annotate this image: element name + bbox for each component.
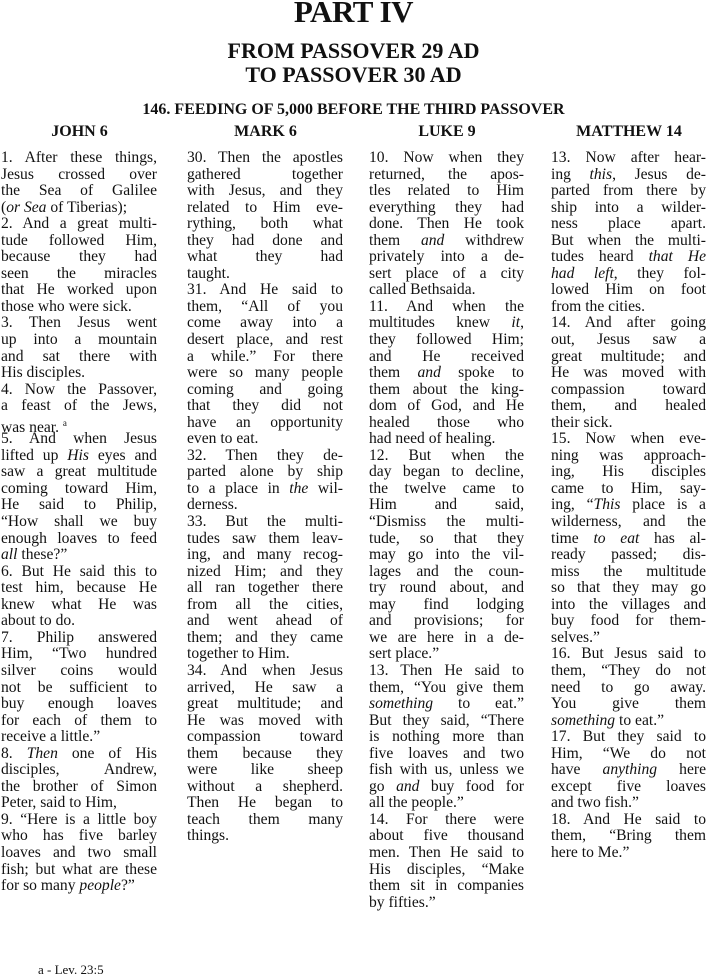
text-line: ready passed; dis- [551, 547, 706, 564]
text-line: and went ahead of [187, 613, 343, 630]
text-line: their sick. [551, 415, 706, 432]
part-title: PART IV [0, 0, 707, 30]
text-line: “How shall we buy [1, 514, 157, 531]
text-line: them sit in companies [369, 878, 524, 895]
text-line: sert place of a city [369, 266, 524, 283]
text-line: up into a mountain [1, 332, 157, 349]
text-line: He was moved with [187, 713, 343, 730]
text-line: what they had [187, 249, 343, 266]
text-line: derness. [187, 497, 343, 514]
text-line: 15. Now when eve- [551, 431, 706, 448]
text-line: called Bethsaida. [369, 282, 524, 299]
text-line: 7. Philip answered [1, 630, 157, 647]
text-line: 3. Then Jesus went [1, 315, 157, 332]
text-line: with Jesus, and they [187, 183, 343, 200]
text-line: great multitude; and [551, 349, 706, 366]
text-line: privately into a de- [369, 249, 524, 266]
text-line: tude followed Him, [1, 233, 157, 250]
text-line: miss the multitude [551, 564, 706, 581]
text-line: desert place, and rest [187, 332, 343, 349]
text-line: were so many people [187, 365, 343, 382]
text-line: sert place.” [369, 646, 524, 663]
text-line: them, “They do not [551, 663, 706, 680]
text-line: But they said, “There [369, 713, 524, 730]
text-line: He was moved with [551, 365, 706, 382]
text-line: done. Then He took [369, 216, 524, 233]
text-line: 13. Now after hear- [551, 150, 706, 167]
text-line: 6. But He said this to [1, 564, 157, 581]
text-line: them; and they came [187, 630, 343, 647]
column-john-text: 1. After these things,Jesus crossed over… [1, 150, 157, 895]
subtitle-line-2: TO PASSOVER 30 AD [0, 63, 707, 87]
text-line: tles related to Him [369, 183, 524, 200]
text-line: lages and the coun- [369, 564, 524, 581]
text-line: ing, His disciples [551, 464, 706, 481]
text-line: parted from there by [551, 183, 706, 200]
text-line: tude, so that they [369, 531, 524, 548]
text-line: 12. But when the [369, 448, 524, 465]
text-line: even to eat. [187, 431, 343, 448]
text-line: out, Jesus saw a [551, 332, 706, 349]
text-line: the twelve came to [369, 481, 524, 498]
text-line: loaves and two small [1, 845, 157, 862]
text-line: that He worked upon [1, 282, 157, 299]
text-line: 11. And when the [369, 299, 524, 316]
text-line: 14. And after going [551, 315, 706, 332]
text-line: 13. Then He said to [369, 663, 524, 680]
text-line: 31. And He said to [187, 282, 343, 299]
text-line: so that they may go [551, 580, 706, 597]
text-line: 17. But they said to [551, 729, 706, 746]
text-line: disciples, Andrew, [1, 762, 157, 779]
text-line: nized Him; and they [187, 564, 343, 581]
column-heading-mark: MARK 6 [187, 123, 344, 141]
text-line: about five thousand [369, 828, 524, 845]
text-line: His disciples, “Make [369, 862, 524, 879]
text-line: was near. a [1, 415, 157, 432]
text-line: for each of them to [1, 713, 157, 730]
text-line: is nothing more than [369, 729, 524, 746]
text-line: ing, and many recog- [187, 547, 343, 564]
text-line: taught. [187, 266, 343, 283]
text-line: multitudes knew it, [369, 315, 524, 332]
text-line: and provisions; for [369, 613, 524, 630]
text-line: have an opportunity [187, 415, 343, 432]
text-line: into the villages and [551, 597, 706, 614]
text-line: But when the multi- [551, 233, 706, 250]
text-line: dom of God, and He [369, 398, 524, 415]
text-line: those who were sick. [1, 299, 157, 316]
text-line: to a place in the wil- [187, 481, 343, 498]
text-line: arrived, He saw a [187, 680, 343, 697]
text-line: 1. After these things, [1, 150, 157, 167]
text-line: great multitude; and [187, 696, 343, 713]
text-line: Then He began to [187, 795, 343, 812]
text-line: tudes saw them leav- [187, 531, 343, 548]
text-line: selves.” [551, 630, 706, 647]
text-line: go and buy food for [369, 779, 524, 796]
text-line: tudes heard that He [551, 249, 706, 266]
text-line: 8. Then one of His [1, 746, 157, 763]
text-line: coming and going [187, 382, 343, 399]
text-line: healed those who [369, 415, 524, 432]
text-line: them and spoke to [369, 365, 524, 382]
text-line: all ran together there [187, 580, 343, 597]
text-line: buy food for them- [551, 613, 706, 630]
text-line: may go into the vil- [369, 547, 524, 564]
text-line: except five loaves [551, 779, 706, 796]
text-line: them about the king- [369, 382, 524, 399]
text-line: seen the miracles [1, 266, 157, 283]
text-line: 33. But the multi- [187, 514, 343, 531]
text-line: them, “All of you [187, 299, 343, 316]
text-line: from the cities. [551, 299, 706, 316]
text-line: we are here in a de- [369, 630, 524, 647]
text-line: had left, they fol- [551, 266, 706, 283]
text-line: were like sheep [187, 762, 343, 779]
text-line: lifted up His eyes and [1, 448, 157, 465]
text-line: may find lodging [369, 597, 524, 614]
text-line: Peter, said to Him, [1, 795, 157, 812]
text-line: had need of healing. [369, 431, 524, 448]
text-line: came to Him, say- [551, 481, 706, 498]
text-line: (or Sea of Tiberias); [1, 200, 157, 217]
text-line: coming toward Him, [1, 481, 157, 498]
text-line: parted alone by ship [187, 464, 343, 481]
text-line: ness place apart. [551, 216, 706, 233]
text-line: time to eat has al- [551, 531, 706, 548]
text-line: the brother of Simon [1, 779, 157, 796]
text-line: and He received [369, 349, 524, 366]
text-line: compassion toward [187, 729, 343, 746]
text-line: everything they had [369, 200, 524, 217]
column-heading-luke: LUKE 9 [369, 123, 525, 141]
text-line: compassion toward [551, 382, 706, 399]
text-line: together to Him. [187, 646, 343, 663]
text-line: ning was approach- [551, 448, 706, 465]
text-line: and two fish.” [551, 795, 706, 812]
text-line: 2. And a great multi- [1, 216, 157, 233]
text-line: something to eat.” [551, 713, 706, 730]
text-line: five loaves and two [369, 746, 524, 763]
text-line: 30. Then the apostles [187, 150, 343, 167]
text-line: Him and said, [369, 497, 524, 514]
text-line: ing, “This place is a [551, 497, 706, 514]
text-line: things. [187, 828, 343, 845]
text-line: try round about, and [369, 580, 524, 597]
text-line: them and withdrew [369, 233, 524, 250]
text-line: teach them many [187, 812, 343, 829]
text-line: He said to Philip, [1, 497, 157, 514]
text-line: You give them [551, 696, 706, 713]
text-line: ing this, Jesus de- [551, 167, 706, 184]
text-line: them, “You give them [369, 680, 524, 697]
text-line: a feast of the Jews, [1, 398, 157, 415]
text-line: rything, both what [187, 216, 343, 233]
text-line: His disciples. [1, 365, 157, 382]
text-line: returned, the apos- [369, 167, 524, 184]
text-line: something to eat.” [369, 696, 524, 713]
text-line: from all the cities, [187, 597, 343, 614]
text-line: saw a great multitude [1, 464, 157, 481]
text-line: about to do. [1, 613, 157, 630]
text-line: 34. And when Jesus [187, 663, 343, 680]
text-line: they had done and [187, 233, 343, 250]
text-line: fish; but what are these [1, 862, 157, 879]
text-line: 10. Now when they [369, 150, 524, 167]
text-line: knew what He was [1, 597, 157, 614]
text-line: have anything here [551, 762, 706, 779]
column-matthew-text: 13. Now after hear-ing this, Jesus de-pa… [551, 150, 706, 862]
text-line: lowed Him on foot [551, 282, 706, 299]
text-line: without a shepherd. [187, 779, 343, 796]
column-heading-john: JOHN 6 [1, 123, 158, 141]
text-line: test him, because He [1, 580, 157, 597]
text-line: ship into a wilder- [551, 200, 706, 217]
text-line: gathered together [187, 167, 343, 184]
text-line: that they did not [187, 398, 343, 415]
text-line: them, and healed [551, 398, 706, 415]
text-line: Him, “Two hundred [1, 646, 157, 663]
text-line: Him, “We do not [551, 746, 706, 763]
text-line: they followed Him; [369, 332, 524, 349]
text-line: by fifties.” [369, 895, 524, 912]
text-line: buy enough loaves [1, 696, 157, 713]
column-luke-text: 10. Now when theyreturned, the apos-tles… [369, 150, 524, 911]
text-line: receive a little.” [1, 729, 157, 746]
text-line: related to Him eve- [187, 200, 343, 217]
text-line: 16. But Jesus said to [551, 646, 706, 663]
text-line: a while.” For there [187, 349, 343, 366]
text-line: here to Me.” [551, 845, 706, 862]
subtitle-line-1: FROM PASSOVER 29 AD [0, 39, 707, 63]
text-line: for so many people?” [1, 878, 157, 895]
text-line: fish with us, unless we [369, 762, 524, 779]
text-line: “Dismiss the multi- [369, 514, 524, 531]
text-line: all the people.” [369, 795, 524, 812]
text-line: Jesus crossed over [1, 167, 157, 184]
text-line: wilderness, and the [551, 514, 706, 531]
text-line: all these?” [1, 547, 157, 564]
text-line: 9. “Here is a little boy [1, 812, 157, 829]
text-line: need to go away. [551, 680, 706, 697]
text-line: the Sea of Galilee [1, 183, 157, 200]
text-line: 5. And when Jesus [1, 431, 157, 448]
text-line: them because they [187, 746, 343, 763]
text-line: silver coins would [1, 663, 157, 680]
text-line: men. Then He said to [369, 845, 524, 862]
text-line: 32. Then they de- [187, 448, 343, 465]
text-line: 14. For there were [369, 812, 524, 829]
text-line: day began to decline, [369, 464, 524, 481]
text-line: enough loaves to feed [1, 531, 157, 548]
text-line: 4. Now the Passover, [1, 382, 157, 399]
text-line: because they had [1, 249, 157, 266]
column-mark-text: 30. Then the apostlesgathered togetherwi… [187, 150, 343, 845]
footnote: a - Lev. 23:5 [38, 962, 104, 978]
text-line: come away into a [187, 315, 343, 332]
text-line: not be sufficient to [1, 680, 157, 697]
column-heading-matthew: MATTHEW 14 [551, 123, 707, 141]
section-heading: 146. FEEDING OF 5,000 BEFORE THE THIRD P… [0, 101, 707, 119]
text-line: who has five barley [1, 828, 157, 845]
text-line: and sat there with [1, 349, 157, 366]
text-line: them, “Bring them [551, 828, 706, 845]
text-line: 18. And He said to [551, 812, 706, 829]
